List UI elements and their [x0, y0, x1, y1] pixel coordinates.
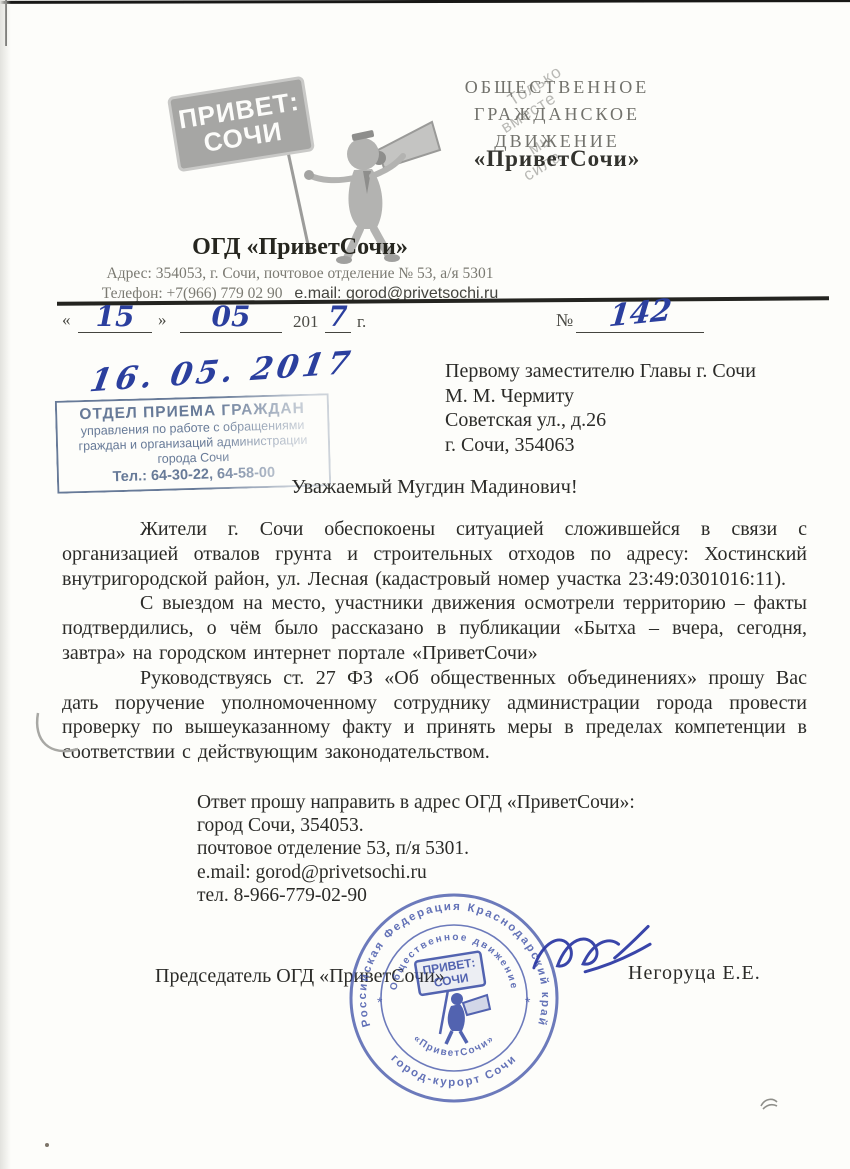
number-field: 142	[576, 296, 704, 333]
svg-text:«ПриветСочи»: «ПриветСочи»	[411, 1033, 497, 1059]
date-year-prefix: 201	[293, 312, 319, 332]
stamp-inner-bottom-text: «ПриветСочи»	[411, 1033, 497, 1059]
body-paragraph: С выездом на место, участники движения о…	[62, 591, 807, 665]
reply-line: e.mail: gorod@privetsochi.ru	[197, 861, 635, 884]
scan-edge-left-shadow	[0, 0, 11, 1169]
date-month-value: 05	[212, 300, 251, 333]
letter-body: Жители г. Сочи обеспокоены ситуацией сло…	[62, 517, 807, 765]
body-paragraph: Жители г. Сочи обеспокоены ситуацией сло…	[62, 517, 807, 591]
scan-crescent-artifact	[30, 705, 86, 765]
recipient-line: Первому заместителю Главы г. Сочи	[445, 359, 756, 384]
scan-dot-artifact	[45, 1143, 49, 1147]
recipient-block: Первому заместителю Главы г. Сочи М. М. …	[445, 359, 756, 457]
reply-line: Ответ прошу направить в адрес ОГД «Приве…	[197, 791, 635, 814]
stamp-center-emblem: ПРИВЕТ: СОЧИ	[415, 951, 490, 1044]
date-year-value: 7	[328, 300, 347, 333]
number-value: 142	[607, 292, 673, 334]
reply-line: почтовое отделение 53, п/я 5301.	[197, 837, 635, 860]
recipient-line: г. Сочи, 354063	[445, 433, 756, 458]
date-year-label: г.	[357, 312, 366, 332]
date-day-field: 15	[78, 300, 152, 333]
reply-line: город Сочи, 354053.	[197, 814, 635, 837]
org-header-line1: ОБЩЕСТВЕННОЕ	[412, 74, 702, 101]
stamp-star-right: *	[525, 994, 531, 1010]
scan-small-mark	[758, 1096, 780, 1112]
date-year-field: 7	[325, 300, 351, 333]
body-paragraph: Руководствуясь ст. 27 ФЗ «Об общественны…	[62, 666, 807, 765]
date-close-quote: »	[158, 310, 167, 330]
signature-icon	[528, 918, 656, 996]
signature-ink	[528, 918, 656, 996]
org-name: «ПриветСочи»	[412, 146, 702, 172]
scanned-letter-page: ПРИВЕТ: СОЧИ Только вместе мы сила ОБЩЕС…	[0, 0, 850, 1169]
org-header: ОБЩЕСТВЕННОЕ ГРАЖДАНСКОЕ ДВИЖЕНИЕ	[412, 74, 702, 155]
letterhead-address: Адрес: 354053, г. Сочи, почтовое отделен…	[60, 265, 540, 283]
stamp-star-left: *	[377, 994, 383, 1010]
intake-handwritten-date: 16. 05. 2017	[87, 345, 357, 400]
date-month-field: 05	[180, 300, 282, 333]
date-open-quote: «	[62, 310, 71, 330]
letterhead-title: ОГД «ПриветСочи»	[60, 234, 540, 261]
number-label: №	[556, 310, 573, 331]
scan-edge-top	[0, 0, 850, 4]
recipient-line: М. М. Чермиту	[445, 384, 756, 409]
date-day-value: 15	[96, 300, 135, 333]
salutation: Уважаемый Мугдин Мадинович!	[62, 476, 807, 499]
recipient-line: Советская ул., д.26	[445, 408, 756, 433]
